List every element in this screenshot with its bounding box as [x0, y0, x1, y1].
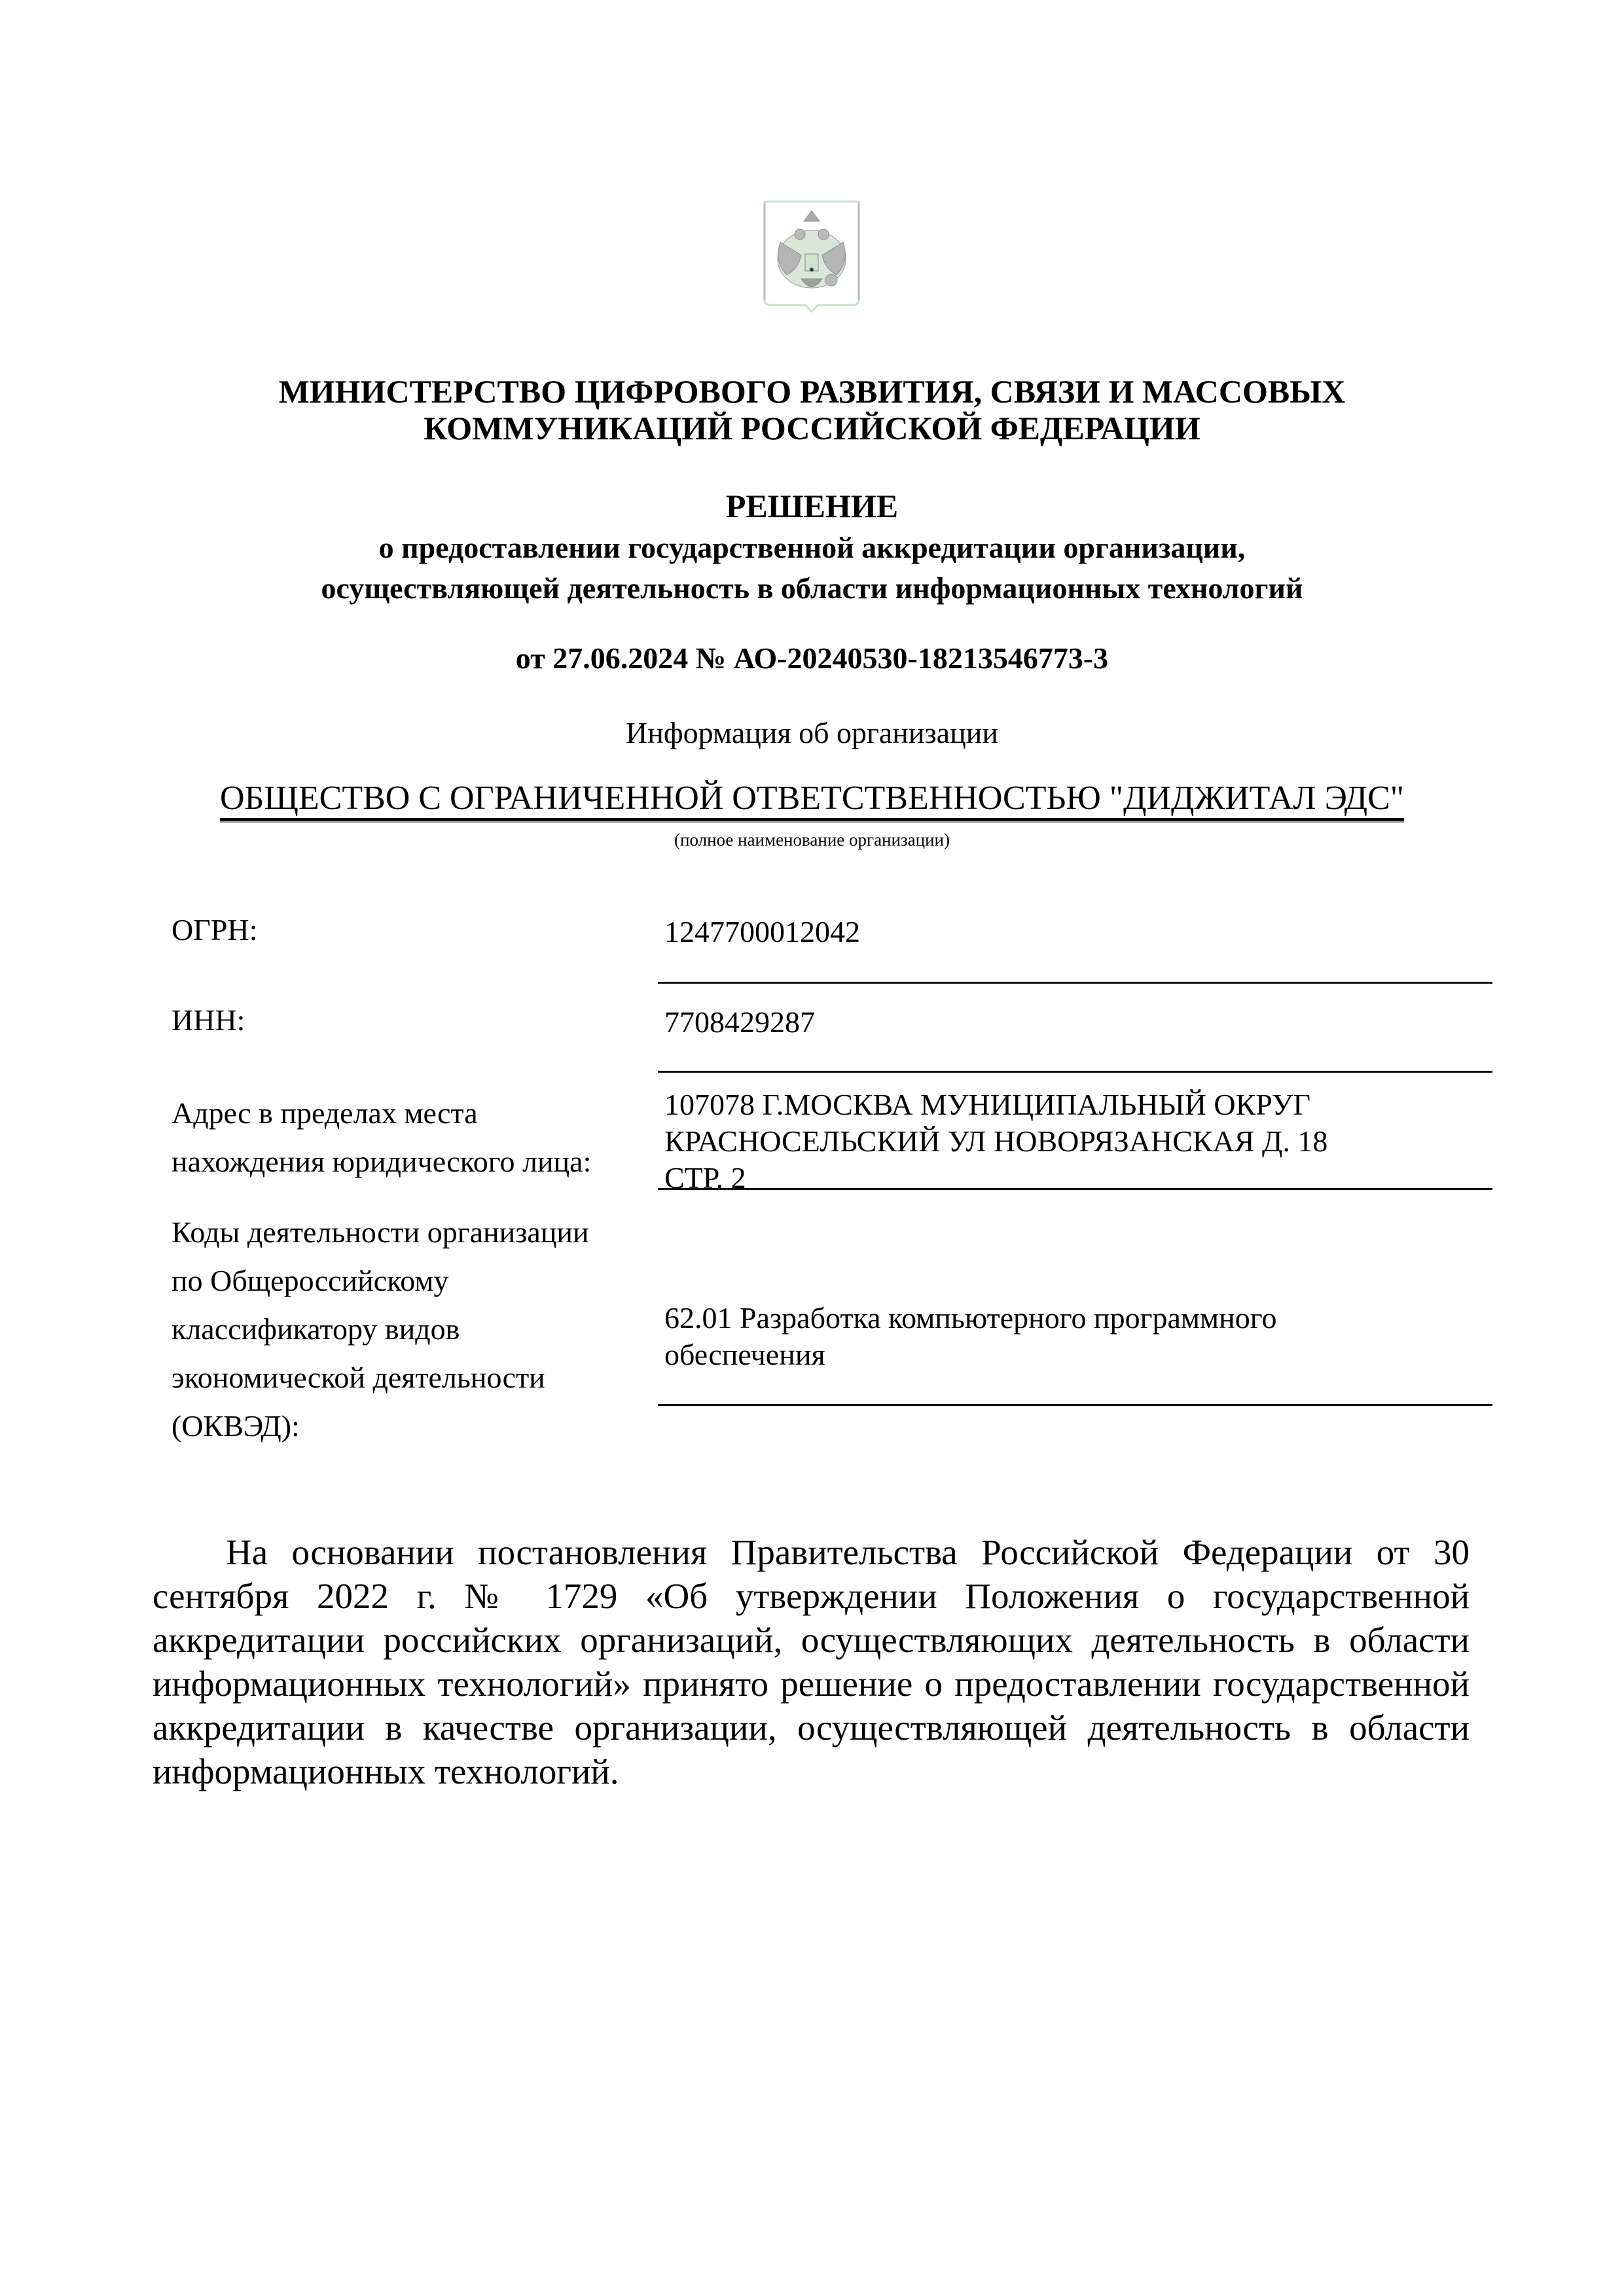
- address-label: Адрес в пределах места нахождения юридич…: [171, 1089, 643, 1186]
- divider: [658, 982, 1492, 984]
- divider: [658, 1188, 1492, 1190]
- decision-paragraph: На основании постановления Правительства…: [153, 1530, 1470, 1793]
- section-heading: Информация об организации: [0, 715, 1624, 751]
- divider: [658, 1404, 1492, 1406]
- decision-subtitle: о предоставлении государственной аккреди…: [0, 528, 1624, 609]
- divider: [658, 1071, 1492, 1073]
- inn-value: 7708429287: [664, 1004, 1489, 1041]
- okved-label: Коды деятельности организации по Общерос…: [171, 1208, 643, 1450]
- organization-name: ОБЩЕСТВО С ОГРАНИЧЕННОЙ ОТВЕТСТВЕННОСТЬЮ…: [0, 779, 1624, 818]
- address-value: 107078 Г.МОСКВА МУНИЦИПАЛЬНЫЙ ОКРУГ КРАС…: [664, 1086, 1489, 1196]
- ministry-name: МИНИСТЕРСТВО ЦИФРОВОГО РАЗВИТИЯ, СВЯЗИ И…: [0, 373, 1624, 446]
- inn-label: ИНН:: [171, 996, 643, 1045]
- decision-number: от 27.06.2024 № АО-20240530-18213546773-…: [0, 640, 1624, 677]
- ogrn-label: ОГРН:: [171, 906, 643, 954]
- organization-name-caption: (полное наименование организации): [0, 830, 1624, 850]
- ogrn-value: 1247700012042: [664, 914, 1489, 950]
- coat-of-arms-icon: [761, 196, 863, 318]
- okved-value: 62.01 Разработка компьютерного программн…: [664, 1300, 1489, 1373]
- decision-title: РЕШЕНИЕ: [0, 488, 1624, 524]
